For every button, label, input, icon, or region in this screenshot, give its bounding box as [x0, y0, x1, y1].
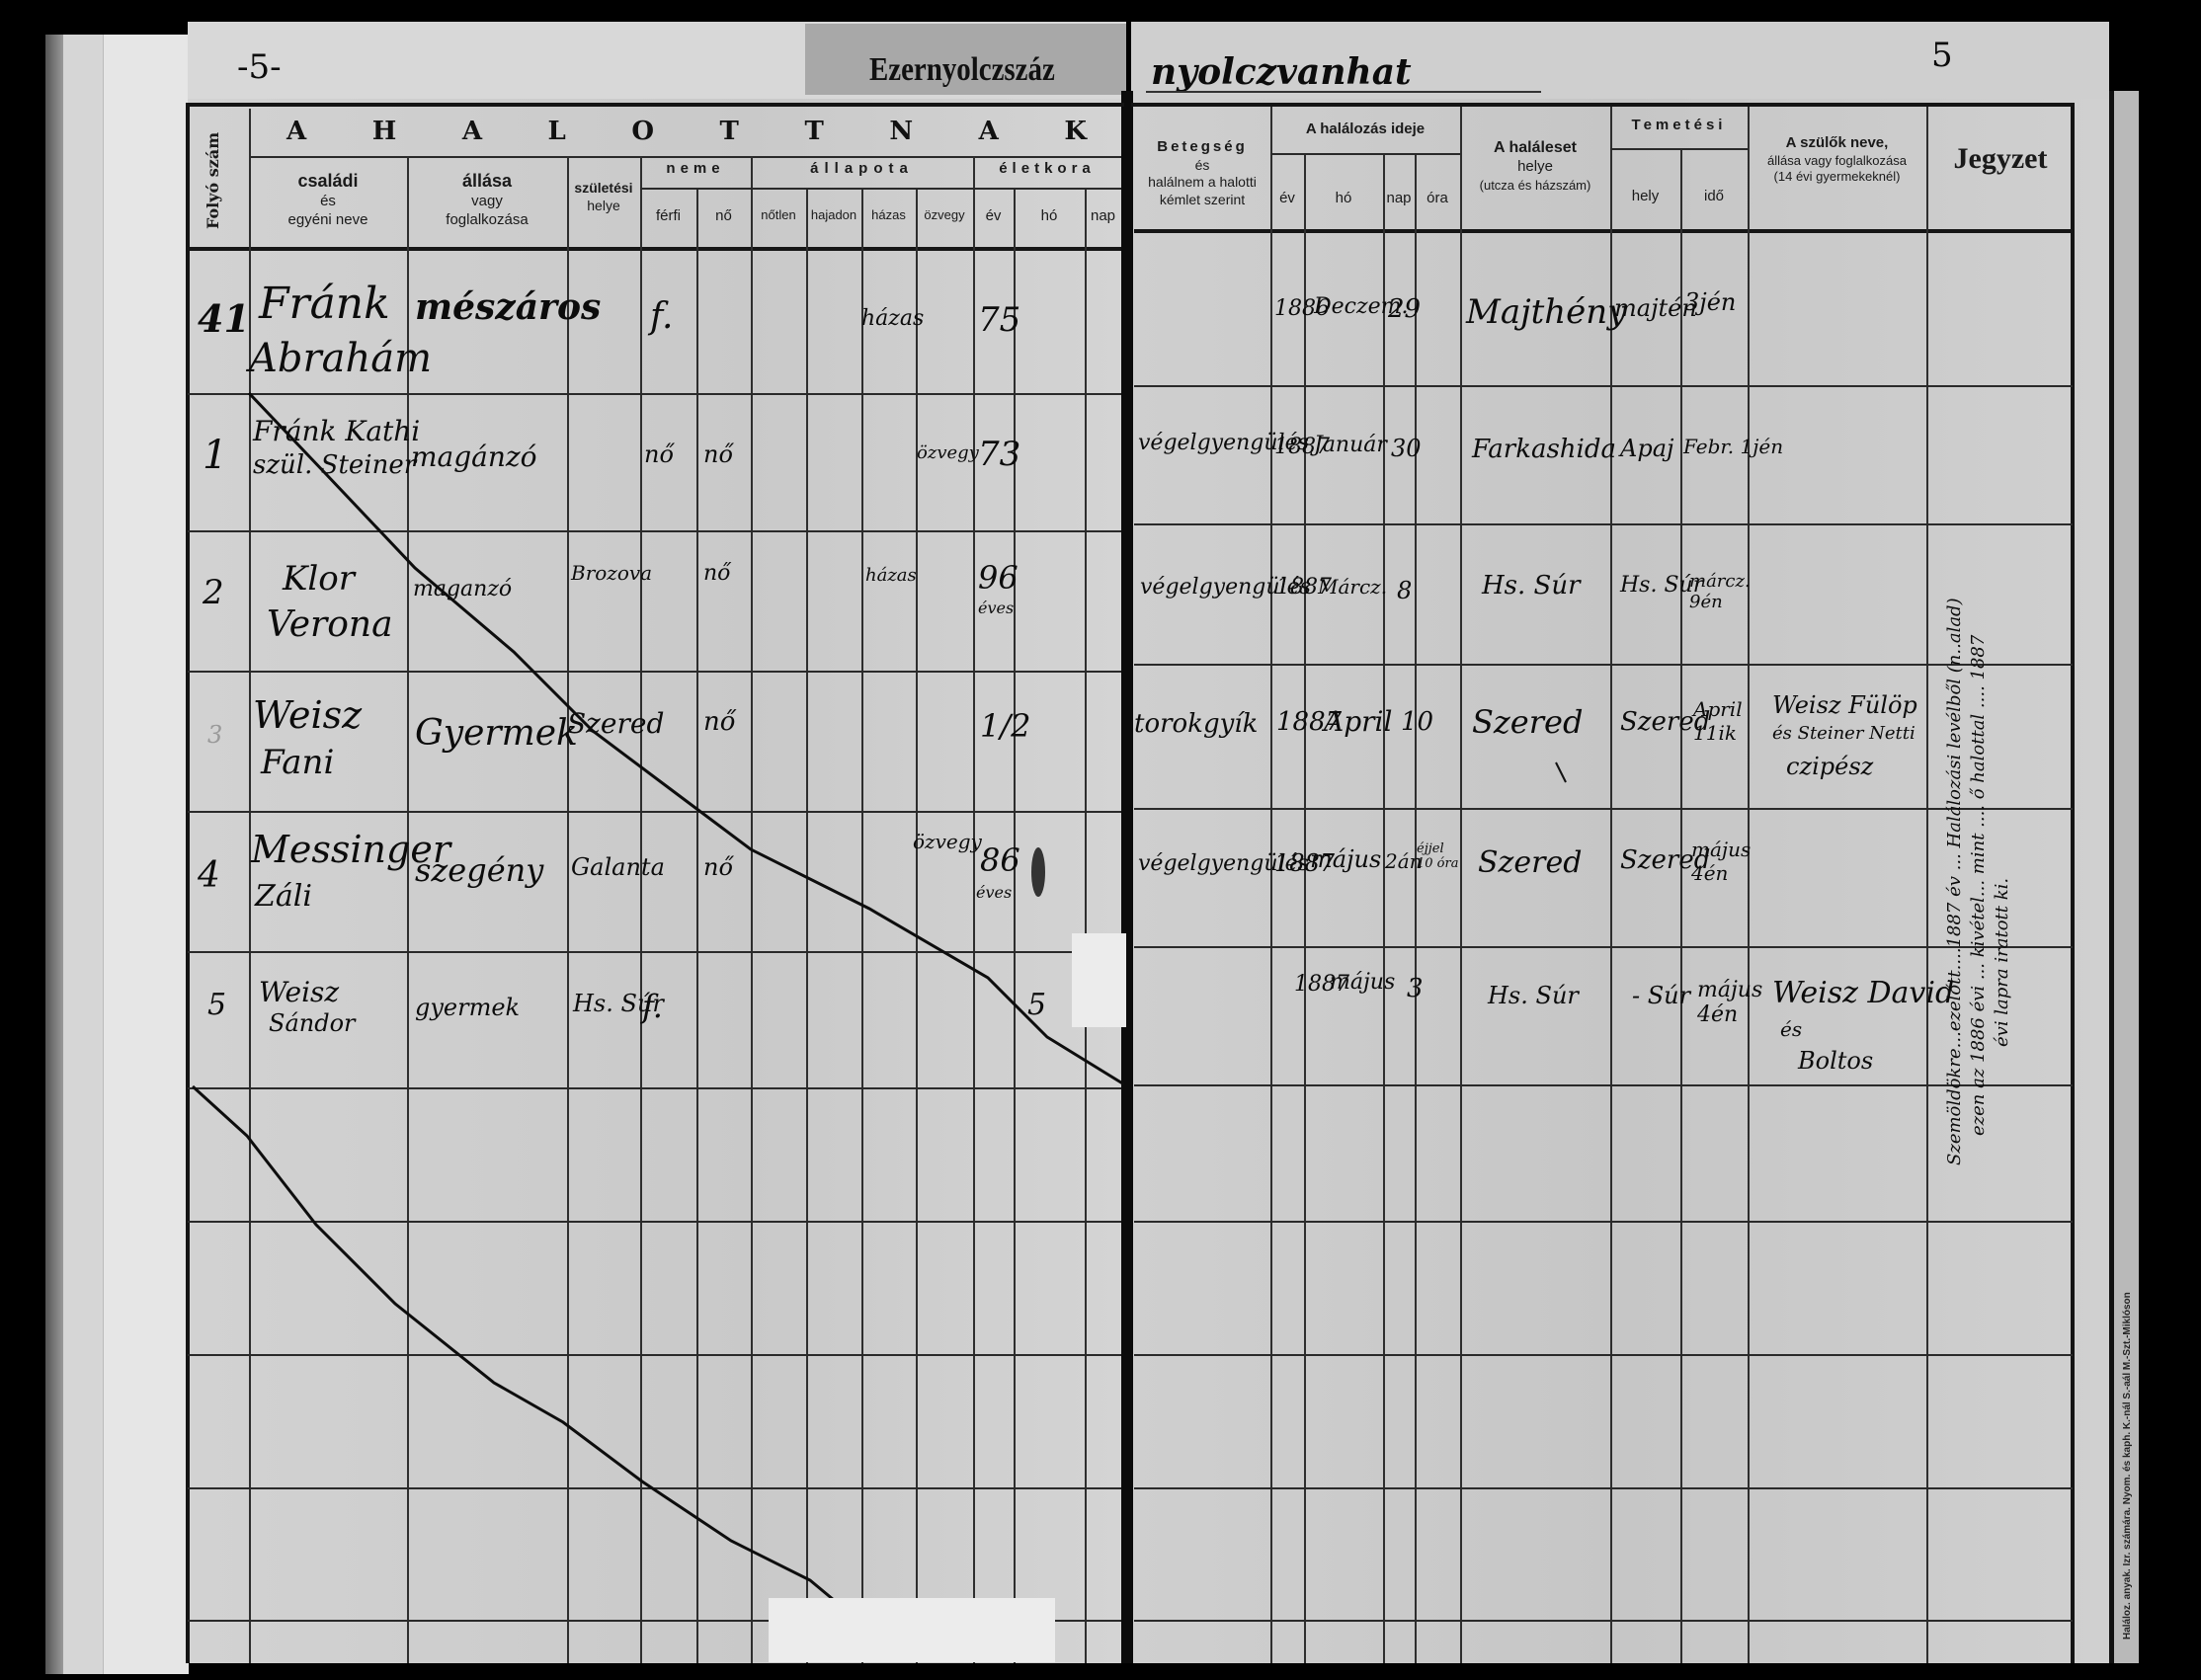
cancel-strokes [0, 0, 2201, 1680]
jegyzet-note-line3: évi lapra iratott ki. [1992, 878, 2012, 1047]
paper-slip [769, 1598, 1055, 1662]
jegyzet-note-line1: Szemöldökre...ezelőtt....1887 év ... Hal… [1944, 598, 1965, 1165]
printer-imprint: Haláloz. anyak. Izr. számára. Nyom. és k… [2122, 1292, 2133, 1640]
paper-slip [1072, 933, 1126, 1027]
jegyzet-note-line2: ezen az 1886 évi ... kivétel... mint ...… [1968, 635, 1989, 1136]
